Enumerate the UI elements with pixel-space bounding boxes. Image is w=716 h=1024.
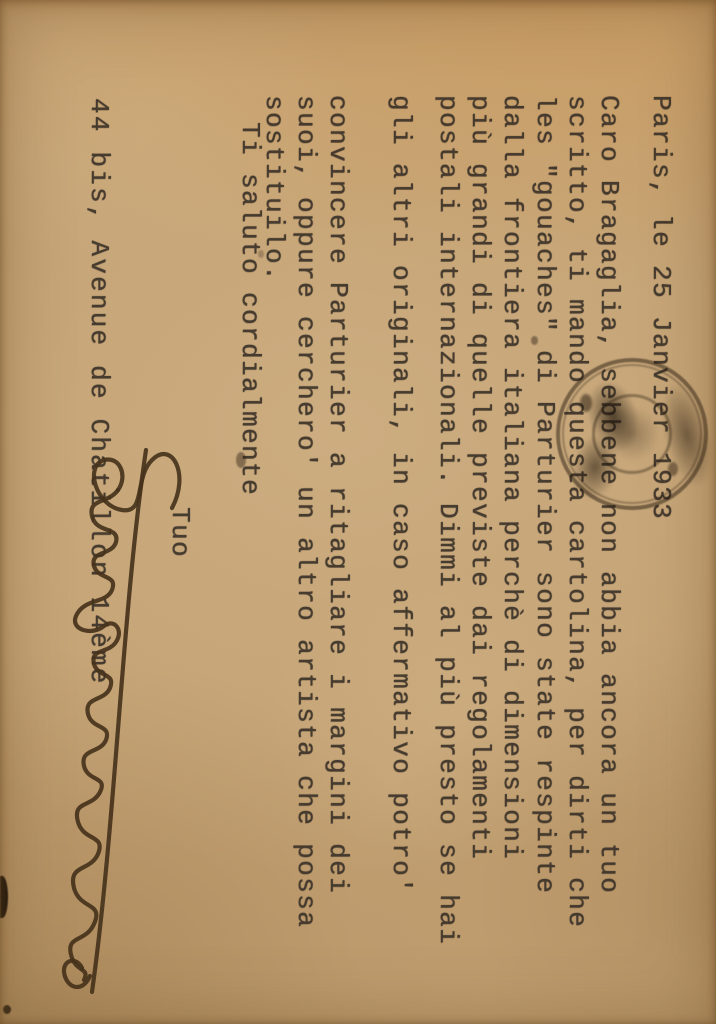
postcard-scan: Paris, le 25 Janvier 1933Caro Bragaglia,… <box>0 0 716 1024</box>
postmark-stamp-icon <box>556 358 708 510</box>
typed-line: suoi, oppure cerchero' un altro artista … <box>291 95 321 928</box>
ink-edge-dot <box>3 1005 11 1014</box>
ink-speck <box>258 250 264 258</box>
typed-line: postali internazionali. Dimmi al più pre… <box>433 95 463 945</box>
typed-line: dalla frontiera italiana perchè di dimen… <box>497 95 527 860</box>
postmark-speck <box>580 394 592 412</box>
ink-speck <box>236 452 246 468</box>
typed-line: convincere Parturier a ritagliare i marg… <box>323 95 353 894</box>
postmark-speck <box>668 462 678 476</box>
ink-speck <box>531 336 538 345</box>
typed-line: più grandi di quelle previste dai regola… <box>465 95 495 860</box>
typed-line: scritto, ti mando questa cartolina, per … <box>562 95 592 928</box>
postmark-center-smudge <box>598 400 666 468</box>
typed-line: Ti saluto cordialmente <box>235 122 265 496</box>
letter-rotated-content: Paris, le 25 Janvier 1933Caro Bragaglia,… <box>0 0 716 1024</box>
handwritten-signature <box>55 420 180 1020</box>
typed-line: gli altri originali, in caso affermativo… <box>386 95 416 894</box>
